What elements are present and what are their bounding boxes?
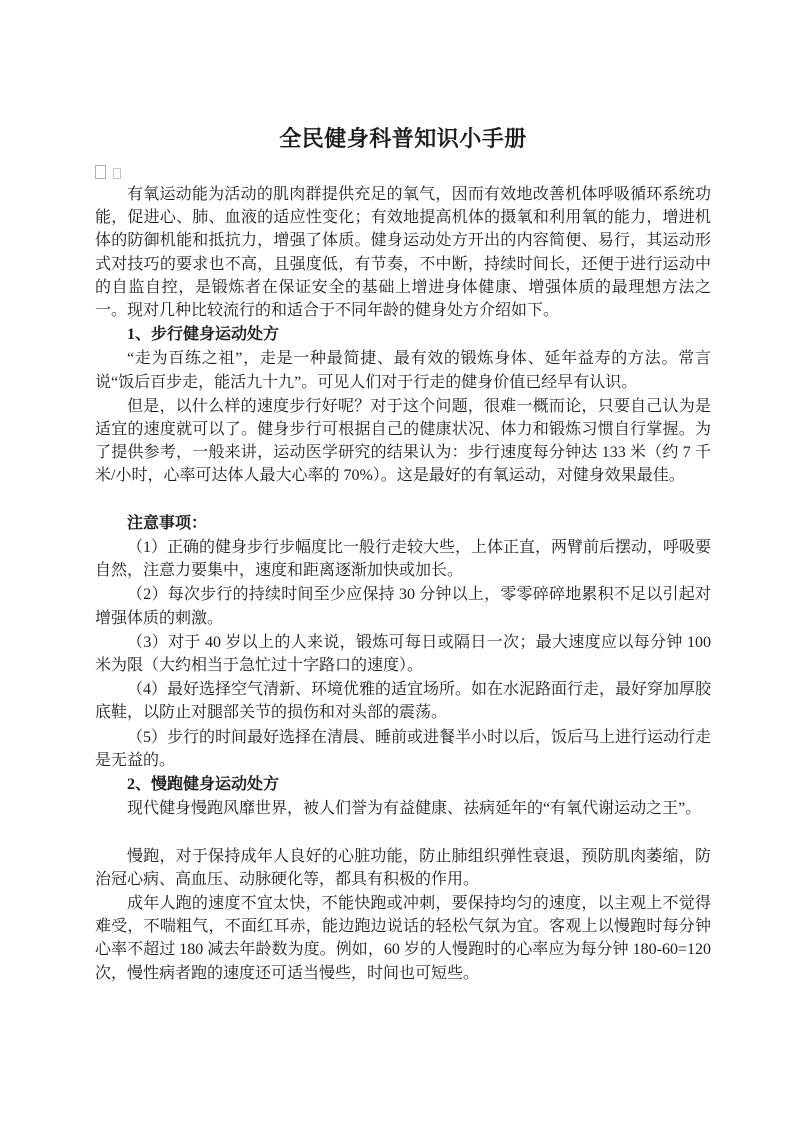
blank-line bbox=[95, 489, 711, 512]
paragraph-jogging-pace: 成年人跑的速度不宜太快，不能快跑或冲刺，要保持均匀的速度，以主观上不觉得难受，不… bbox=[95, 892, 711, 985]
doc-title: 全民健身科普知识小手册 bbox=[95, 124, 711, 154]
heading-notes: 注意事项： bbox=[95, 512, 711, 535]
paragraph-walking-quote: “走为百练之祖”，走是一种最简捷、最有效的锻炼身体、延年益寿的方法。常言说“饭后… bbox=[95, 347, 711, 393]
intro-paragraph: 有氧运动能为活动的肌肉群提供充足的氧气，因而有效地改善机体呼吸循环系统功能，促进… bbox=[95, 183, 711, 322]
note-item-2: （2）每次步行的持续时间至少应保持 30 分钟以上，零零碎碎地累积不足以引起对增… bbox=[95, 583, 711, 629]
note-item-3: （3）对于 40 岁以上的人来说，锻炼可每日或隔日一次；最大速度应以每分钟 10… bbox=[95, 631, 711, 677]
note-item-1: （1）正确的健身步行步幅度比一般行走较大些，上体正直，两臂前后摆动，呼吸要自然，… bbox=[95, 536, 711, 582]
heading-jogging: 2、慢跑健身运动处方 bbox=[95, 773, 711, 796]
blank-line bbox=[95, 821, 711, 844]
paragraph-walking-speed: 但是，以什么样的速度步行好呢？对于这个问题，很难一概而论，只要自己认为是适宜的速… bbox=[95, 395, 711, 488]
missing-glyph-line bbox=[95, 160, 711, 183]
missing-glyph-box bbox=[113, 168, 121, 179]
paragraph-jogging-intro: 现代健身慢跑风靡世界，被人们誉为有益健康、祛病延年的“有氧代谢运动之王”。 bbox=[95, 797, 711, 820]
note-item-5: （5）步行的时间最好选择在清晨、睡前或进餐半小时以后，饭后马上进行运动行走是无益… bbox=[95, 726, 711, 772]
paragraph-jogging-benefits: 慢跑，对于保持成年人良好的心脏功能，防止肺组织弹性衰退，预防肌肉萎缩，防治冠心病… bbox=[95, 845, 711, 891]
missing-glyph-box bbox=[95, 165, 106, 179]
document-page: 全民健身科普知识小手册 有氧运动能为活动的肌肉群提供充足的氧气，因而有效地改善机… bbox=[0, 0, 800, 1132]
heading-walking: 1、步行健身运动处方 bbox=[95, 323, 711, 346]
document-body: 全民健身科普知识小手册 有氧运动能为活动的肌肉群提供充足的氧气，因而有效地改善机… bbox=[95, 124, 711, 986]
note-item-4: （4）最好选择空气清新、环境优雅的适宜场所。如在水泥路面行走，最好穿加厚胶底鞋，… bbox=[95, 678, 711, 724]
